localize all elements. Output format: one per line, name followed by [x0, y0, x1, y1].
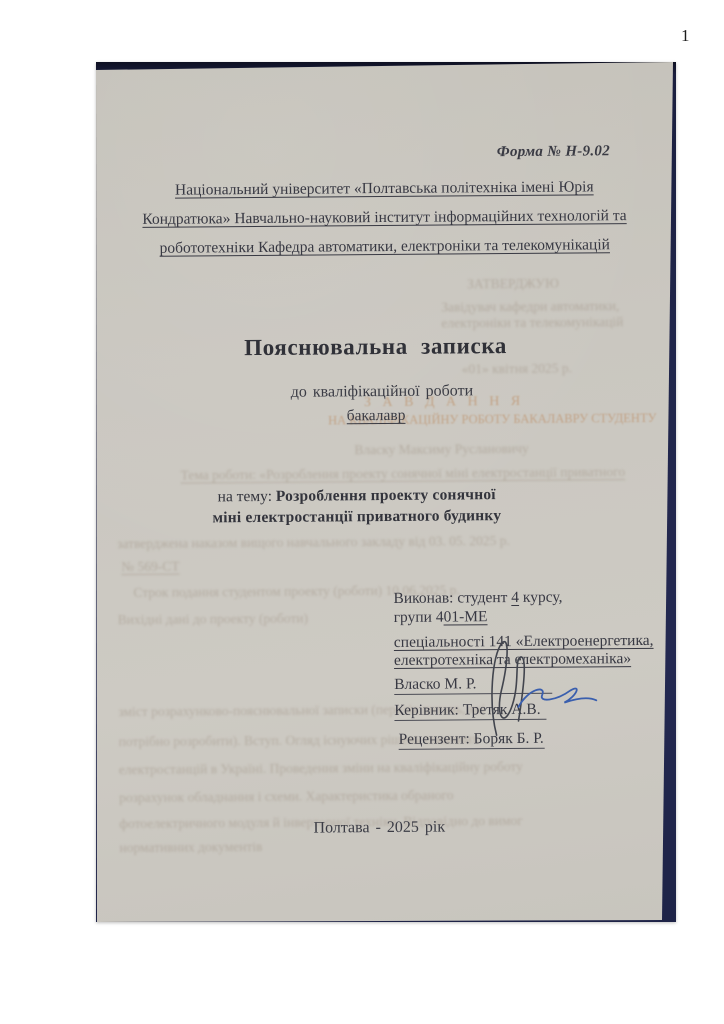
ghost-line: Вихідні дані до проекту (роботи): [118, 611, 308, 628]
topic-block: на тему: Розроблення проекту сонячної мі…: [67, 483, 647, 530]
ghost-approve-line: електроніки та телекомунікацій: [441, 314, 623, 331]
ghost-approve-line: ЗАТВЕРДЖУЮ: [467, 276, 559, 293]
paper-content: ЗАТВЕРДЖУЮ Завідувач кафедри автоматики,…: [93, 60, 680, 925]
speciality-line-2: електротехніка та електромеханіка»: [394, 650, 631, 670]
ghost-line: нормативних документів: [119, 839, 262, 856]
page-number: 1: [681, 26, 690, 46]
ghost-approve-line: Завідувач кафедри автоматики,: [441, 298, 619, 315]
city-year: Полтава - 2025 рік: [89, 817, 669, 840]
university-header-line: Кондратюка» Навчально-науковий інститут …: [142, 207, 626, 228]
executor-line-2: групи 401-МЕ: [394, 608, 488, 627]
document-subtitle: до кваліфікаційної роботи: [92, 381, 672, 404]
ghost-line: електростанцій в Україні. Проведення змі…: [119, 759, 523, 778]
university-header-line: Національний університет «Полтавська пол…: [175, 178, 594, 198]
executor-block: Виконав: студент 4 курсу, групи 401-МЕ с…: [393, 588, 665, 590]
ghost-theme-line: Тема роботи: «Розроблення проекту сонячн…: [180, 464, 625, 483]
document-title: Пояснювальна записка: [85, 332, 665, 363]
executor-line-1: Виконав: студент 4 курсу,: [393, 589, 562, 608]
form-number-label: Форма № Н-9.02: [497, 143, 610, 161]
reviewer-line: Рецензент: Боряк Б. Р.: [399, 730, 545, 750]
ghost-line: розрахунок обладнання і схеми. Характери…: [119, 787, 453, 806]
ghost-student-name: Власку Максиму Руслановичу: [354, 441, 529, 458]
ghost-line: затверджена наказом вищого навчального з…: [117, 533, 510, 552]
scan-photo: ЗАТВЕРДЖУЮ Завідувач кафедри автоматики,…: [96, 62, 676, 922]
paper-sheet: ЗАТВЕРДЖУЮ Завідувач кафедри автоматики,…: [96, 62, 676, 922]
topic-line-2: міні електростанції приватного будинку: [67, 504, 647, 530]
university-header: Національний університет «Полтавська пол…: [94, 172, 675, 264]
student-name-line: Власко М. Р.: [394, 675, 552, 695]
speciality-line-1: спеціальності 141 «Електроенергетика,: [394, 632, 654, 652]
supervisor-line: Керівник: Третяк А.В.: [394, 701, 546, 721]
degree-label: бакалавр: [86, 405, 666, 428]
ghost-approve-line: «01» квітня 2025 р.: [462, 361, 572, 378]
university-header-line: робототехніки Кафедра автоматики, електр…: [160, 236, 610, 257]
ghost-line: № 569-СТ: [121, 559, 179, 575]
